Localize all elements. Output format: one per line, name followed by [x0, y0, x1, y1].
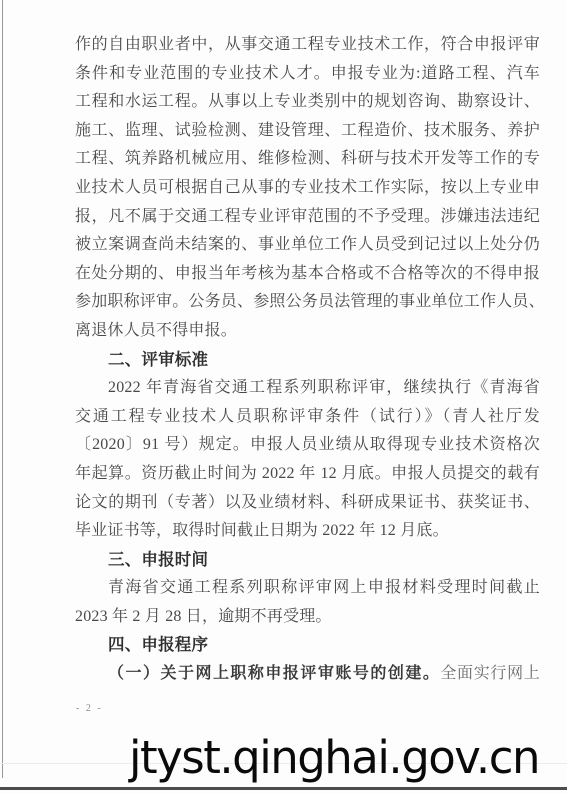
section-heading-application-procedure: 四、申报程序 — [75, 631, 540, 660]
paragraph-line: 参加职称评审。公务员、参照公务员法管理的事业单位工作人员、 — [75, 288, 540, 317]
page-number: - 2 - — [76, 703, 103, 714]
paragraph-line: 业技术人员可根据自己从事的专业技术工作实际，按以上专业申 — [75, 174, 540, 203]
paragraph-line: 报，凡不属于交通工程专业评审范围的不予受理。涉嫌违法违纪 — [75, 203, 540, 232]
section-heading-application-time: 三、申报时间 — [75, 546, 540, 575]
scan-edge-line — [2, 0, 3, 778]
paragraph-line: 作的自由职业者中，从事交通工程专业技术工作，符合申报评审 — [75, 31, 540, 60]
paragraph-line: 交通工程专业技术人员职称评审条件（试行）》（青人社厅发 — [75, 403, 540, 432]
paragraph-line: 论文的期刊（专著）以及业绩材料、科研成果证书、获奖证书、 — [75, 489, 540, 518]
paragraph-line: 被立案调查尚未结案的、事业单位工作人员受到记过以上处分仍 — [75, 231, 540, 260]
section-heading-review-standards: 二、评审标准 — [75, 346, 540, 375]
document-page: 作的自由职业者中，从事交通工程专业技术工作，符合申报评审 条件和专业范围的专业技… — [0, 0, 567, 794]
paragraph-line: （一）关于网上职称申报评审账号的创建。全面实行网上 — [75, 660, 540, 689]
body-text: 作的自由职业者中，从事交通工程专业技术工作，符合申报评审 条件和专业范围的专业技… — [75, 31, 540, 689]
paragraph-line: 年起算。资历截止时间为 2022 年 12 月底。申报人员提交的载有 — [75, 460, 540, 489]
paragraph-line: 施工、监理、试验检测、建设管理、工程造价、技术服务、养护 — [75, 117, 540, 146]
page-bottom-border — [0, 787, 567, 790]
paragraph-line: 〔2020〕91 号）规定。申报人员业绩从取得现专业技术资格次 — [75, 431, 540, 460]
paragraph-line: 工程和水运工程。从事以上专业类别中的规划咨询、勘察设计、 — [75, 88, 540, 117]
site-watermark: jtyst.qinghai.gov.cn — [129, 731, 539, 784]
paragraph-line: 2022 年青海省交通工程系列职称评审，继续执行《青海省 — [75, 374, 540, 403]
paragraph-line: 条件和专业范围的专业技术人才。申报专业为:道路工程、汽车 — [75, 60, 540, 89]
paragraph-line: 2023 年 2 月 28 日，逾期不再受理。 — [75, 603, 540, 632]
paragraph-line: 毕业证书等，取得时间截止日期为 2022 年 12 月底。 — [75, 517, 540, 546]
paragraph-line: 在处分期的、申报当年考核为基本合格或不合格等次的不得申报 — [75, 260, 540, 289]
subsection-title: （一）关于网上职称申报评审账号的创建。 — [108, 665, 440, 682]
paragraph-line: 青海省交通工程系列职称评审网上申报材料受理时间截止 — [75, 574, 540, 603]
paragraph-text: 全面实行网上 — [440, 665, 540, 682]
paragraph-line: 工程、筑养路机械应用、维修检测、科研与技术开发等工作的专 — [75, 145, 540, 174]
paragraph-line: 离退休人员不得申报。 — [75, 317, 540, 346]
